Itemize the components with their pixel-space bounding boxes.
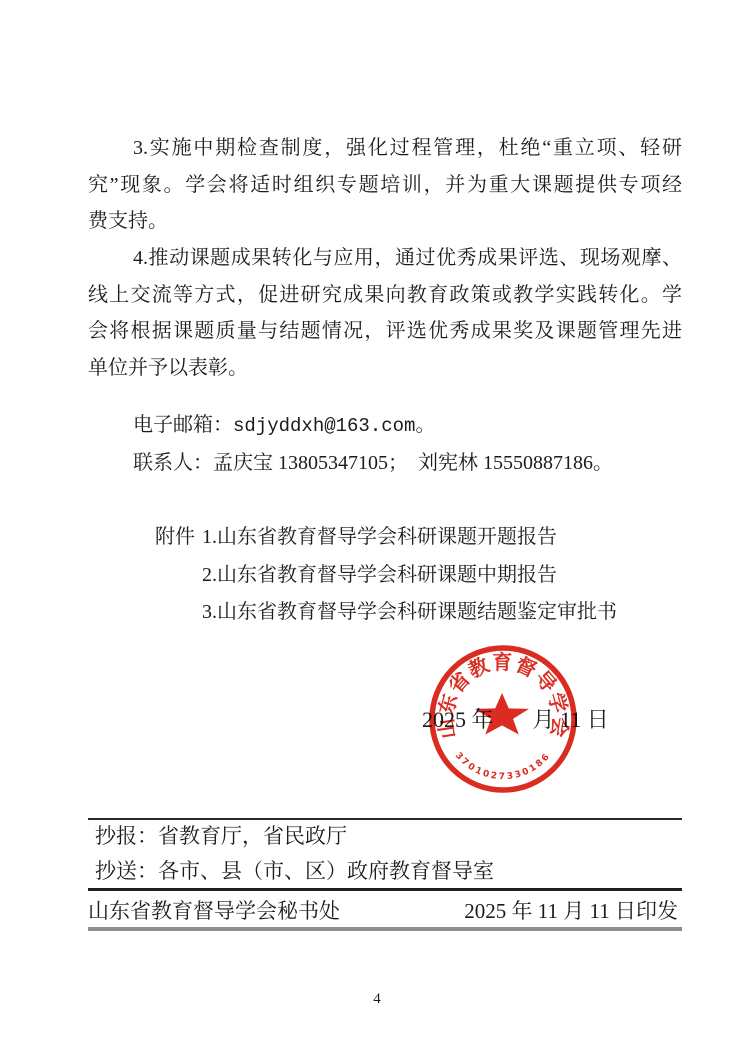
email-line: 电子邮箱：sdjyddxh@163.com。 [133,407,693,445]
official-document-page: 3.实施中期检查制度，强化过程管理，杜绝“重立项、轻研 究”现象。学会将适时组织… [0,0,754,1062]
contact-line: 联系人：孟庆宝 13805347105； 刘宪林 15550887186。 [133,445,693,482]
copy-report-line: 抄报：省教育厅，省民政厅 [95,824,347,848]
seal-code-text: 3701027330186 [453,751,553,782]
body-line: 3.实施中期检查制度，强化过程管理，杜绝“重立项、轻研 [88,130,682,167]
footer-issuer-row: 山东省教育督导学会秘书处 2025 年 11 月 11 日印发 [88,899,678,923]
attachment-line: 附件1.山东省教育督导学会科研课题开题报告 [155,519,675,557]
email-address: sdjyddxh@163.com [233,415,415,437]
body-line: 费支持。 [88,203,682,240]
footer-issuer: 山东省教育督导学会秘书处 [88,899,340,923]
body-line: 单位并予以表彰。 [88,350,682,387]
email-suffix: 。 [415,414,435,436]
attachments-list: 附件1.山东省教育督导学会科研课题开题报告 2.山东省教育督导学会科研课题中期报… [155,519,675,632]
email-label: 电子邮箱： [133,414,233,436]
attachment-line: 3.山东省教育督导学会科研课题结题鉴定审批书 [155,594,675,632]
footer-divider-bottom [88,927,682,931]
copy-send-line: 抄送：各市、县（市、区）政府教育督导室 [95,859,494,883]
footer-print-date: 2025 年 11 月 11 日印发 [464,899,678,923]
body-line: 究”现象。学会将适时组织专题培训，并为重大课题提供专项经 [88,167,682,204]
body-line: 线上交流等方式，促进研究成果向教育政策或教学实践转化。学 [88,277,682,314]
body-line: 4.推动课题成果转化与应用，通过优秀成果评选、现场观摩、 [88,240,682,277]
official-seal-stamp: 山东省教育督导学会 3701027330186 [428,644,578,794]
footer-divider-top [88,818,682,820]
body-line: 会将根据课题质量与结题情况，评选优秀成果奖及课题管理先进 [88,313,682,350]
body-paragraphs: 3.实施中期检查制度，强化过程管理，杜绝“重立项、轻研 究”现象。学会将适时组织… [88,130,682,387]
attachment-item: 2.山东省教育督导学会科研课题中期报告 [202,564,557,586]
attachment-item: 1.山东省教育督导学会科研课题开题报告 [202,526,557,548]
star-icon [475,693,529,735]
attachments-label: 附件 [155,526,195,548]
page-number: 4 [0,991,754,1008]
contact-block: 电子邮箱：sdjyddxh@163.com。 联系人：孟庆宝 138053471… [133,407,693,482]
attachment-line: 2.山东省教育督导学会科研课题中期报告 [155,557,675,595]
footer-divider-middle [88,888,682,891]
attachment-item: 3.山东省教育督导学会科研课题结题鉴定审批书 [202,601,617,623]
